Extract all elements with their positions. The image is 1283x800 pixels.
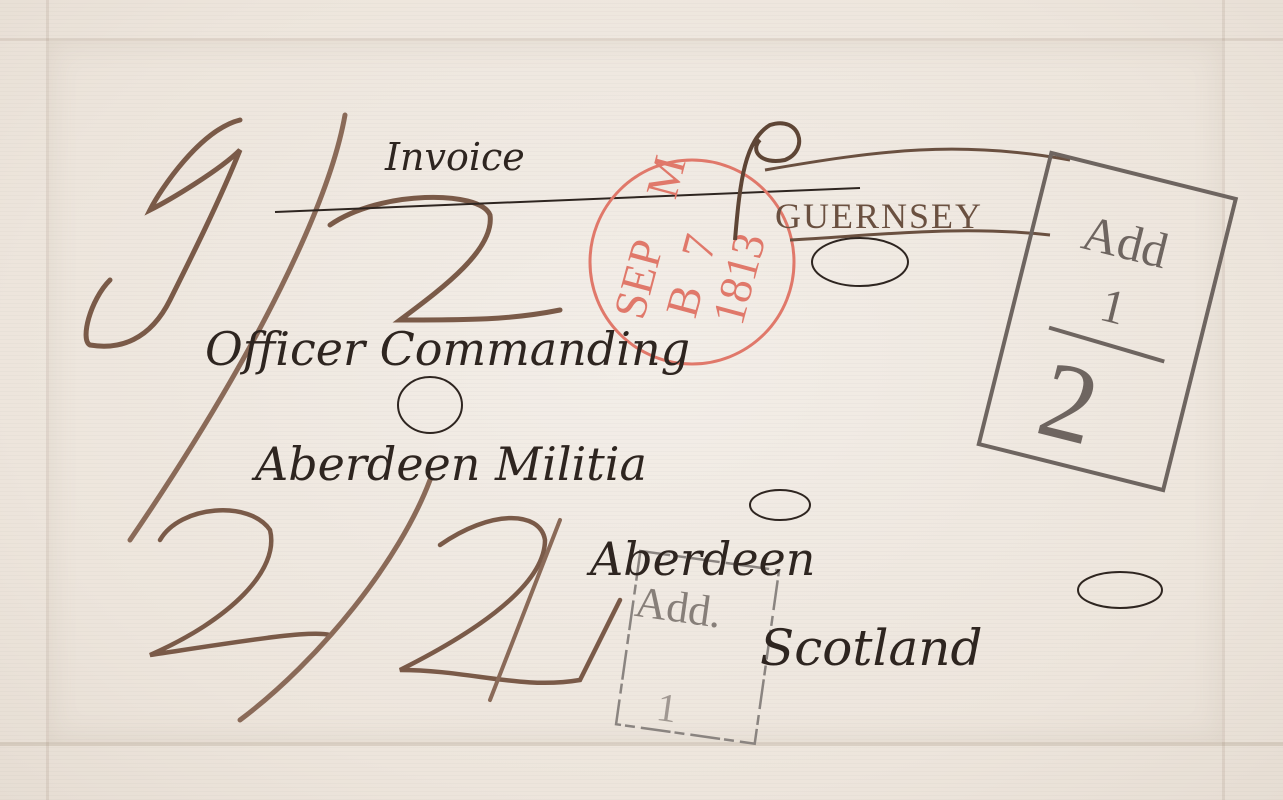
address-line-1: Officer Commanding [205, 322, 690, 376]
manuscript-rate-bottom [150, 480, 620, 720]
additional-halfpenny-stamp: Add 1 2 [979, 153, 1236, 490]
guernsey-text: GUERNSEY [775, 196, 983, 236]
address-line-4: Scotland [760, 619, 982, 677]
letter-cover: 3/2 Invoice SEP M B 7 1813 GUER [0, 0, 1283, 800]
crossed-text: Invoice [384, 135, 525, 179]
address-line-3: Aberdeen [586, 532, 815, 586]
guernsey-scroll-stamp: GUERNSEY [735, 123, 1070, 240]
add-fraction-top: 1 [1095, 278, 1131, 335]
add-value-lower: 1 [654, 684, 680, 731]
add-fraction-bottom: 2 [1028, 337, 1111, 469]
address-line-2: Aberdeen Militia [251, 437, 647, 491]
add-label-upper: Add [1077, 204, 1174, 279]
datestamp-suffix: M [636, 150, 696, 203]
add-label-lower: Add. [632, 577, 725, 638]
ink-layer: 3/2 Invoice SEP M B 7 1813 GUER [0, 0, 1283, 800]
